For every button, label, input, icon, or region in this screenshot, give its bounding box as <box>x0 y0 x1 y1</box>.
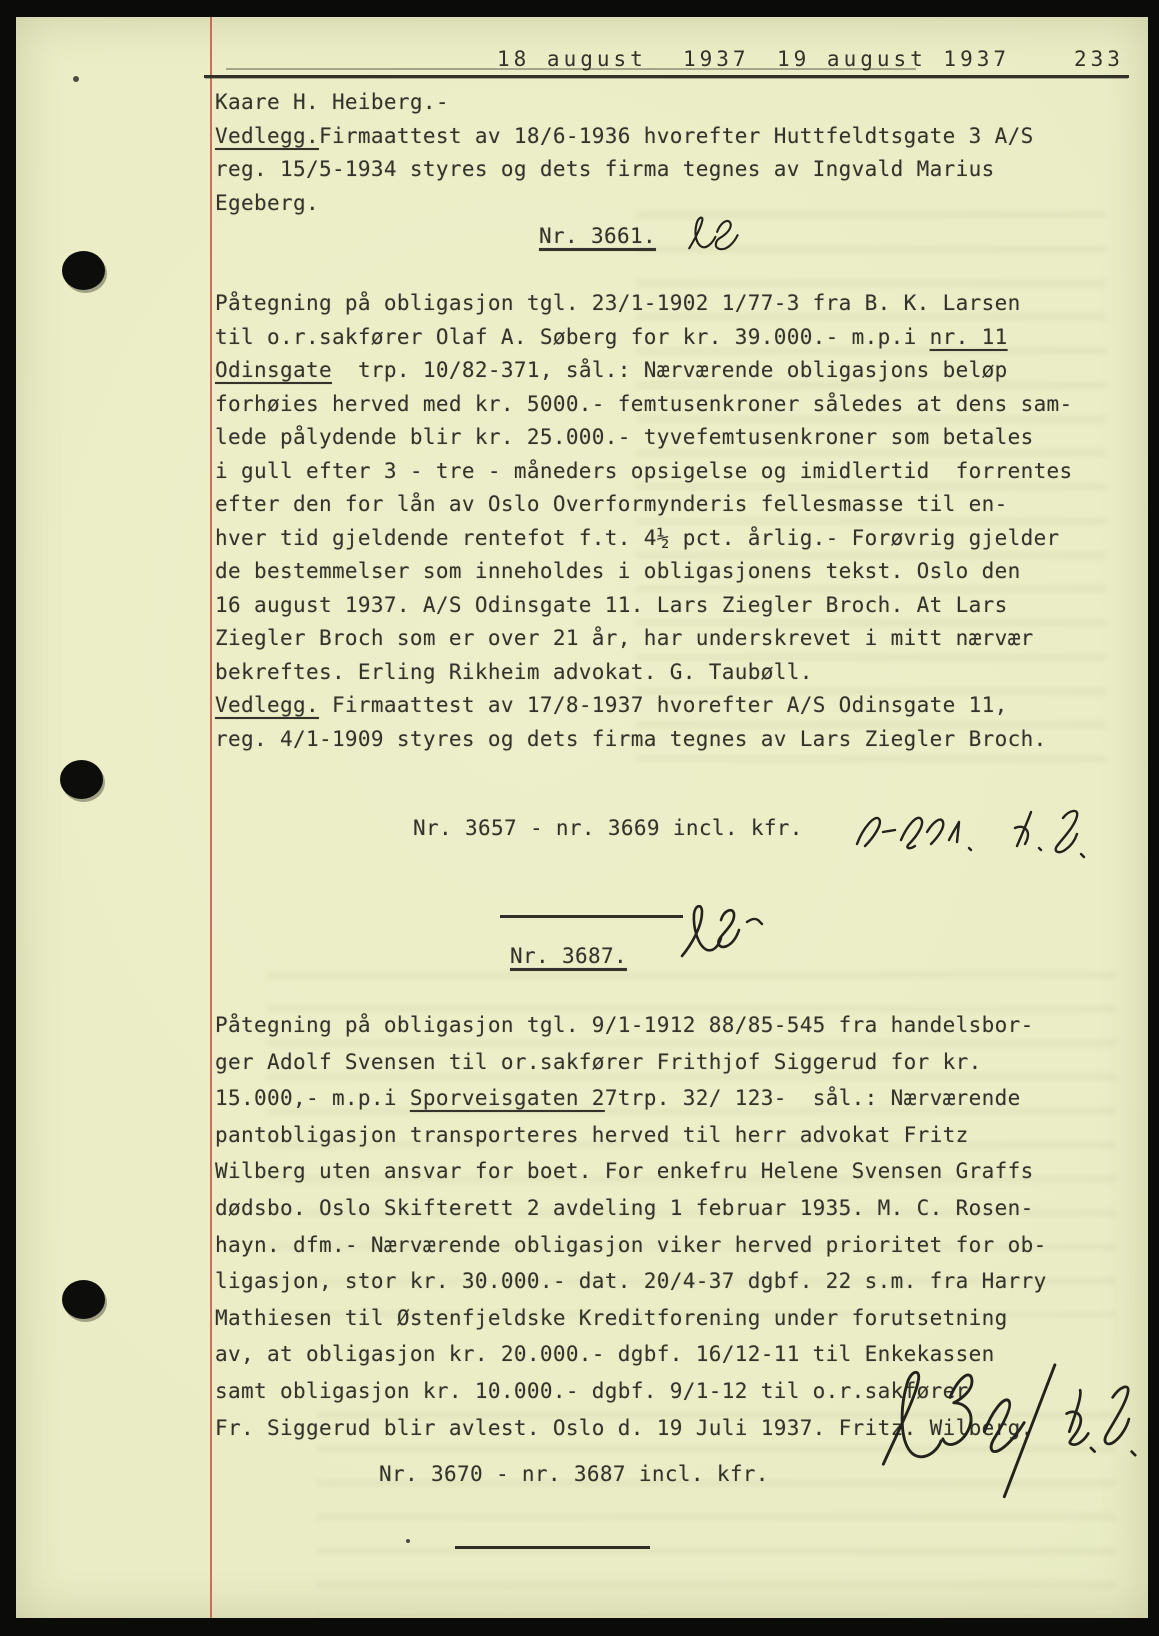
underlined-text: Vedlegg. <box>215 693 319 717</box>
text-segment: hayn. dfm.- Nærværende obligasjon viker … <box>215 1233 1047 1257</box>
text-segment: reg. 4/1-1909 styres og dets firma tegne… <box>215 727 1047 751</box>
text-segment: lede pålydende blir kr. 25.000.- tyvefem… <box>215 425 1034 449</box>
punch-hole <box>62 1280 105 1319</box>
entry-intro: Kaare H. Heiberg.-Vedlegg.Firmaattest av… <box>215 86 1140 220</box>
underlined-text: Sporveisgaten 2 <box>410 1086 605 1110</box>
text-segment: 15.000,- m.p.i <box>215 1086 410 1110</box>
paper-speck <box>73 76 79 82</box>
text-segment: 7trp. 32/ 123- sål.: Nærværende <box>605 1086 1021 1110</box>
text-segment: forhøies herved med kr. 5000.- femtusenk… <box>215 392 1073 416</box>
text-segment: Mathiesen til Østenfjeldske Kreditforeni… <box>215 1306 1008 1330</box>
entry-heading: Nr. 3687. <box>510 940 1140 1007</box>
header-rule-secondary <box>226 68 916 70</box>
text-segment: bekreftes. Erling Rikheim advokat. G. Ta… <box>215 660 813 684</box>
text-segment: Wilberg uten ansvar for boet. For enkefr… <box>215 1159 1034 1183</box>
text-line: ligasjon, stor kr. 30.000.- dat. 20/4-37… <box>215 1263 1140 1300</box>
kfr-summary-line: Nr. 3657 - nr. 3669 incl. kfr. <box>413 812 1140 879</box>
kfr-text: Nr. 3657 - nr. 3669 incl. kfr. <box>413 816 803 840</box>
text-line: ger Adolf Svensen til or.sakfører Frithj… <box>215 1044 1140 1081</box>
text-line: Ziegler Broch som er over 21 år, har und… <box>215 622 1140 656</box>
text-line: reg. 15/5-1934 styres og dets firma tegn… <box>215 153 1140 187</box>
handwritten-flourish <box>668 898 763 964</box>
text-segment: Firmaattest av 17/8-1937 hvorefter A/S O… <box>319 693 1008 717</box>
text-line: til o.r.sakfører Olaf A. Søberg for kr. … <box>215 321 1140 355</box>
text-segment: 16 august 1937. A/S Odinsgate 11. Lars Z… <box>215 593 1008 617</box>
margin-line <box>210 17 212 1618</box>
text-line: reg. 4/1-1909 styres og dets firma tegne… <box>215 723 1140 757</box>
text-line: de bestemmelser som inneholdes i obligas… <box>215 555 1140 589</box>
text-segment: pantobligasjon transporteres herved til … <box>215 1123 969 1147</box>
text-line: Vedlegg.Firmaattest av 18/6-1936 hvoreft… <box>215 120 1140 154</box>
handwritten-initials-bottom <box>855 1345 1150 1503</box>
text-line: i gull efter 3 - tre - måneders opsigels… <box>215 455 1140 489</box>
text-segment: hver tid gjeldende rentefot f.t. 4½ pct.… <box>215 526 1060 550</box>
text-segment: de bestemmelser som inneholdes i obligas… <box>215 559 1021 583</box>
handwritten-control-marks <box>849 802 1091 860</box>
entry-entry3661: Påtegning på obligasjon tgl. 23/1-1902 1… <box>215 287 1140 756</box>
text-segment: ligasjon, stor kr. 30.000.- dat. 20/4-37… <box>215 1269 1047 1293</box>
text-line: Wilberg uten ansvar for boet. For enkefr… <box>215 1153 1140 1190</box>
header-rule <box>204 75 1129 78</box>
text-segment: Firmaattest av 18/6-1936 hvorefter Huttf… <box>319 124 1034 148</box>
text-line: forhøies herved med kr. 5000.- femtusenk… <box>215 388 1140 422</box>
text-line: Mathiesen til Østenfjeldske Kreditforeni… <box>215 1300 1140 1337</box>
punch-hole <box>60 760 103 799</box>
text-segment: reg. 15/5-1934 styres og dets firma tegn… <box>215 157 995 181</box>
text-line: Egeberg. <box>215 187 1140 221</box>
text-line: Kaare H. Heiberg.- <box>215 86 1140 120</box>
text-segment: Påtegning på obligasjon tgl. 9/1-1912 88… <box>215 1013 1034 1037</box>
text-line: Vedlegg. Firmaattest av 17/8-1937 hvoref… <box>215 689 1140 723</box>
entry-number: Nr. 3687. <box>510 944 627 968</box>
text-segment: dødsbo. Oslo Skifterett 2 avdeling 1 feb… <box>215 1196 1034 1220</box>
text-segment: Påtegning på obligasjon tgl. 23/1-1902 1… <box>215 291 1021 315</box>
underlined-text: Odinsgate <box>215 358 332 382</box>
text-segment: trp. 10/82-371, sål.: Nærværende obligas… <box>332 358 1008 382</box>
text-line: Påtegning på obligasjon tgl. 9/1-1912 88… <box>215 1007 1140 1044</box>
text-segment: ger Adolf Svensen til or.sakfører Frithj… <box>215 1050 982 1074</box>
separator-rule <box>455 1546 650 1549</box>
document-body: Kaare H. Heiberg.-Vedlegg.Firmaattest av… <box>215 86 1140 1549</box>
text-line: Odinsgate trp. 10/82-371, sål.: Nærværen… <box>215 354 1140 388</box>
handwritten-flourish <box>681 208 745 264</box>
text-line: hayn. dfm.- Nærværende obligasjon viker … <box>215 1227 1140 1264</box>
text-line: 16 august 1937. A/S Odinsgate 11. Lars Z… <box>215 589 1140 623</box>
text-line: lede pålydende blir kr. 25.000.- tyvefem… <box>215 421 1140 455</box>
kfr-text: Nr. 3670 - nr. 3687 incl. kfr. <box>379 1462 769 1486</box>
text-line: pantobligasjon transporteres herved til … <box>215 1117 1140 1154</box>
text-line: Påtegning på obligasjon tgl. 23/1-1902 1… <box>215 287 1140 321</box>
scanned-page-background: 18 august 1937 19 august 1937 233 Kaare … <box>0 0 1159 1636</box>
text-line: 15.000,- m.p.i Sporveisgaten 27trp. 32/ … <box>215 1080 1140 1117</box>
punch-hole <box>62 251 105 290</box>
text-segment: Ziegler Broch som er over 21 år, har und… <box>215 626 1034 650</box>
text-segment: Kaare H. Heiberg.- <box>215 90 449 114</box>
underlined-text: Vedlegg. <box>215 124 319 148</box>
text-segment: efter den for lån av Oslo Overformynderi… <box>215 492 1008 516</box>
text-segment: til o.r.sakfører Olaf A. Søberg for kr. … <box>215 325 930 349</box>
separator-rule <box>500 915 683 918</box>
entry-number: Nr. 3661. <box>539 224 656 248</box>
text-line: hver tid gjeldende rentefot f.t. 4½ pct.… <box>215 522 1140 556</box>
page-number: 233 <box>1074 47 1124 71</box>
text-line: efter den for lån av Oslo Overformynderi… <box>215 488 1140 522</box>
underlined-text: nr. 11 <box>930 325 1008 349</box>
text-line: dødsbo. Oslo Skifterett 2 avdeling 1 feb… <box>215 1190 1140 1227</box>
register-page: 18 august 1937 19 august 1937 233 Kaare … <box>16 17 1148 1618</box>
entry-heading: Nr. 3661. <box>539 220 1140 287</box>
text-segment: i gull efter 3 - tre - måneders opsigels… <box>215 459 1073 483</box>
text-segment: Egeberg. <box>215 191 319 215</box>
text-line: bekreftes. Erling Rikheim advokat. G. Ta… <box>215 656 1140 690</box>
